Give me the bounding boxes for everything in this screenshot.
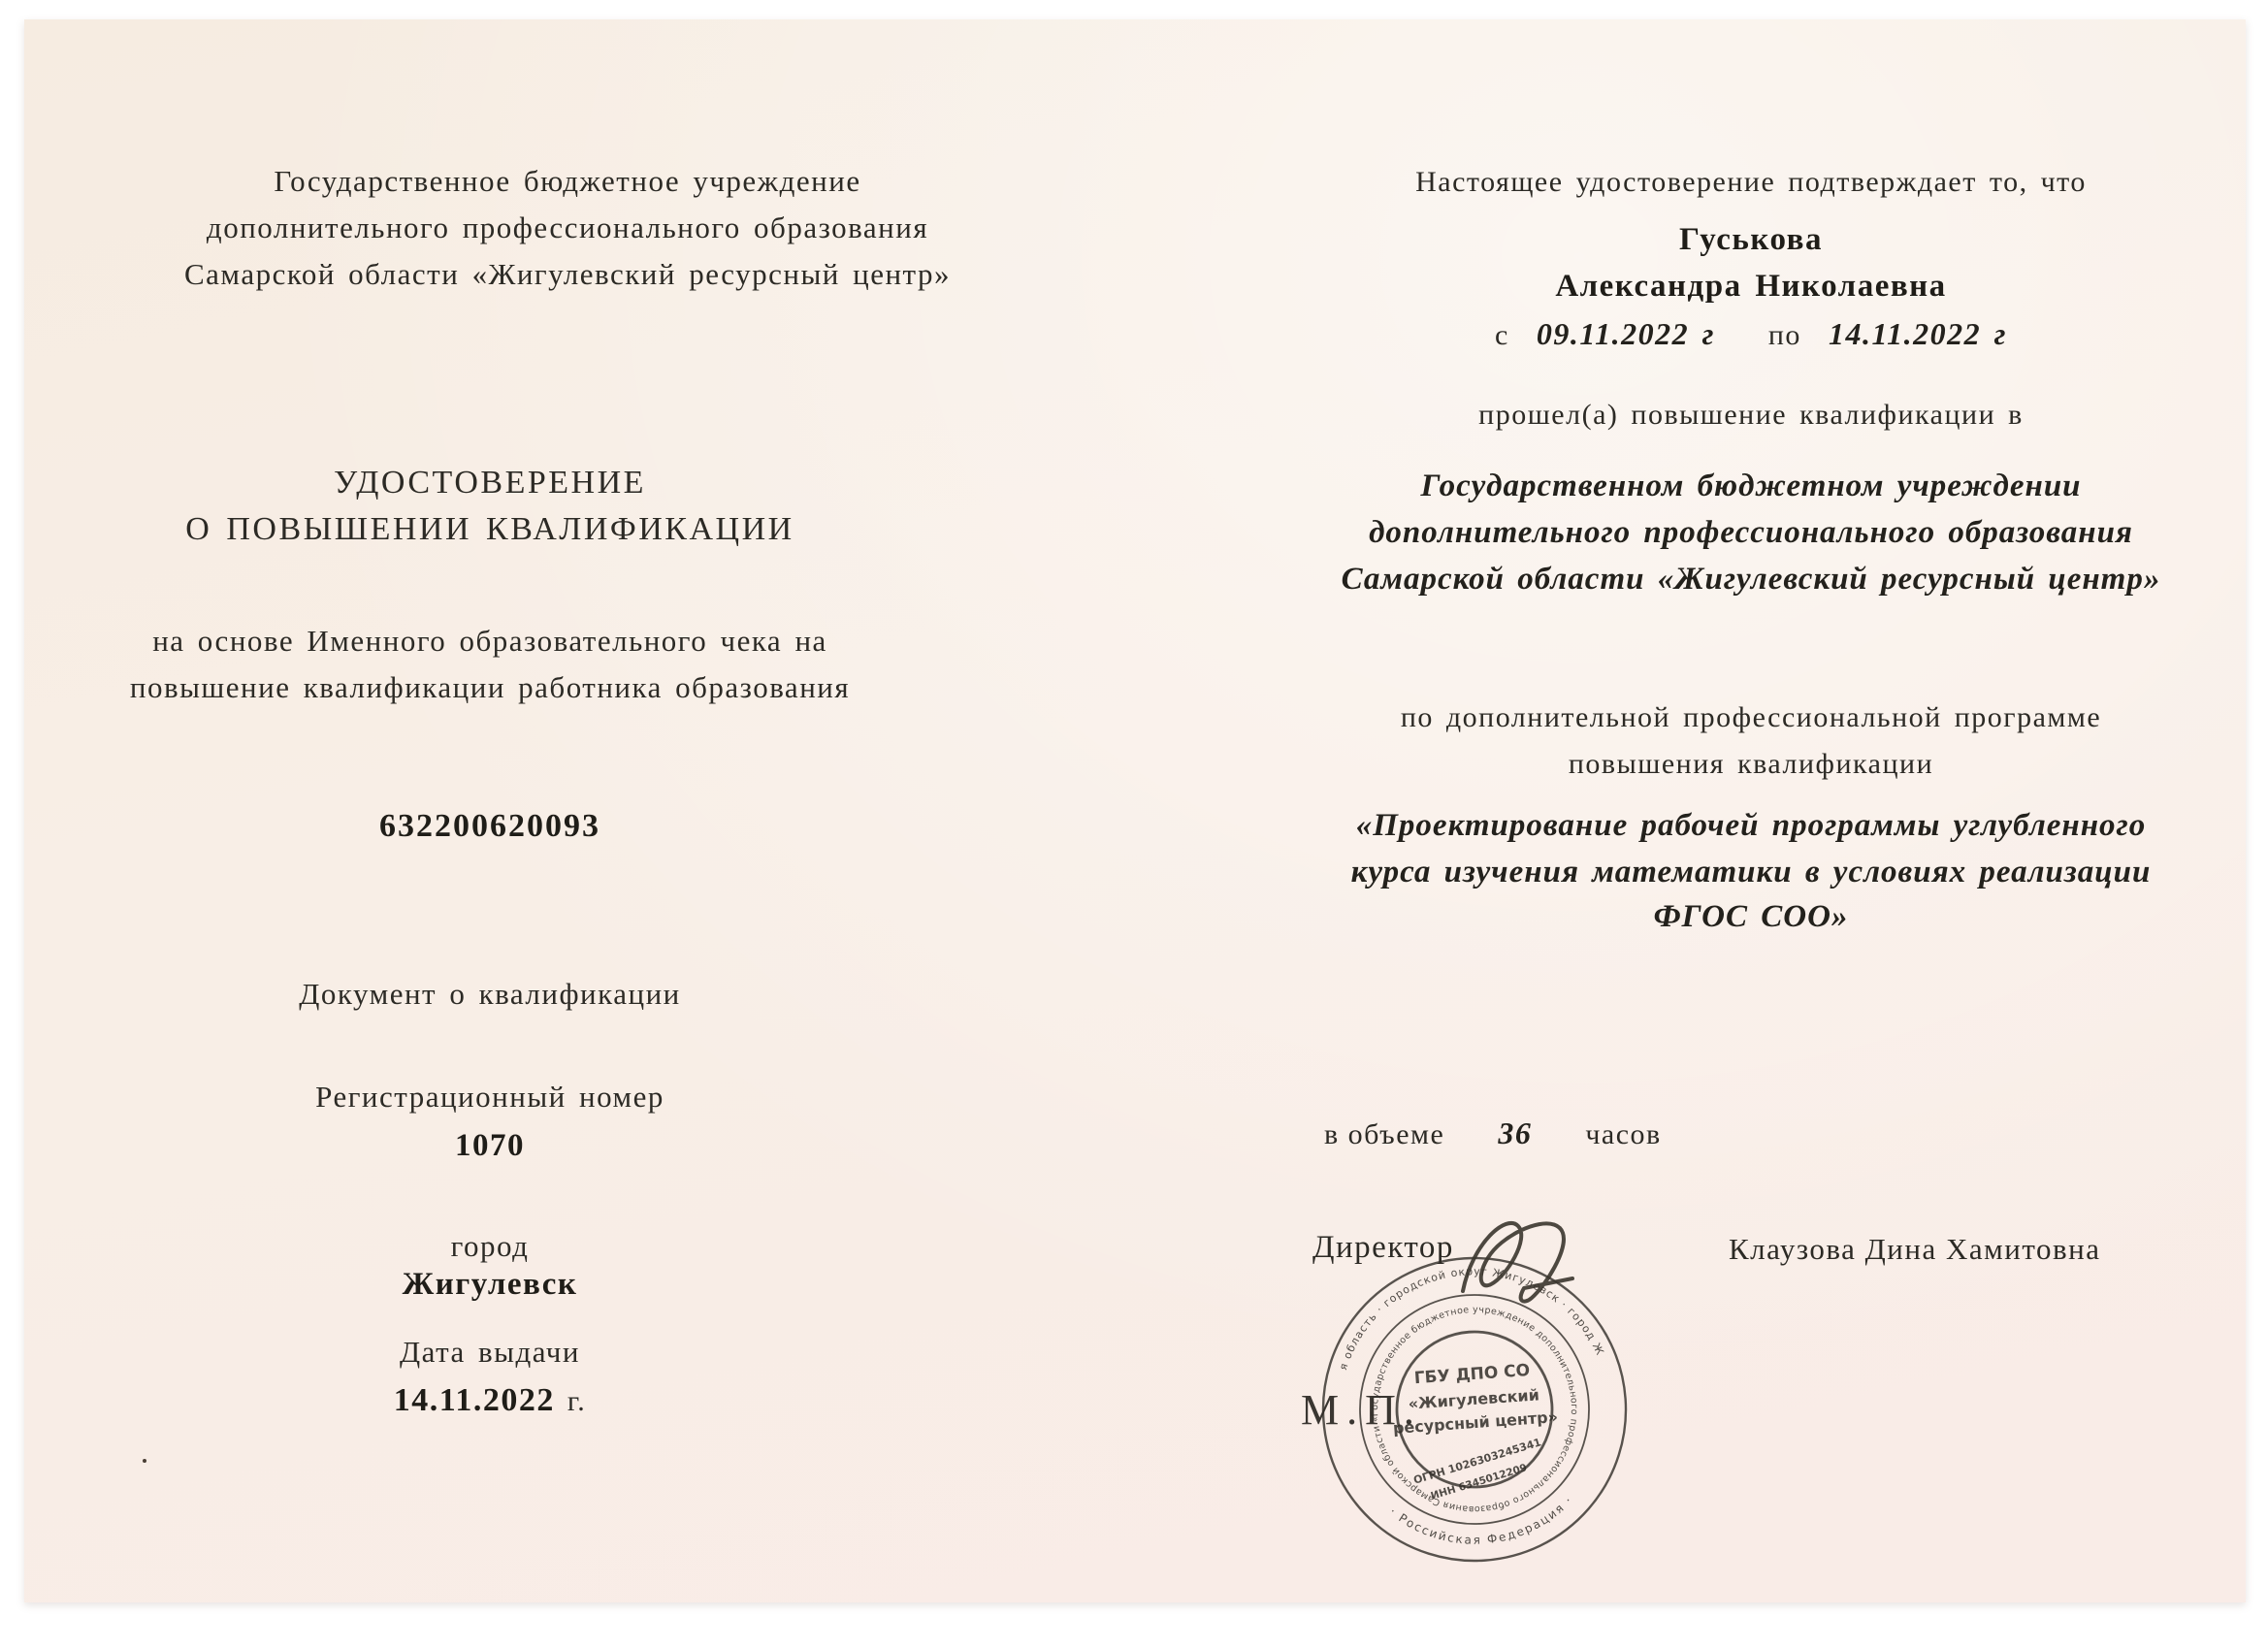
program-name-line: «Проектирование рабочей программы углубл… (1227, 807, 2268, 845)
ink-speck (143, 1459, 146, 1463)
scanned-certificate: Государственное бюджетное учреждение доп… (0, 0, 2268, 1649)
stamp-middle-circle (1352, 1287, 1597, 1532)
certificate-paper: Государственное бюджетное учреждение доп… (24, 19, 2246, 1602)
stamp-center-line: «Жигулевский (1408, 1385, 1539, 1412)
organization-line: Государственном бюджетном учреждении (1227, 468, 2268, 505)
basis-text-line: повышение квалификации работника образов… (82, 669, 897, 705)
stamp-center-line: ГБУ ДПО СО (1413, 1361, 1531, 1388)
period-to-date: 14.11.2022 г (1829, 316, 2007, 351)
training-period-line: с09.11.2022 гпо14.11.2022 г (1227, 316, 2268, 353)
volume-prefix: в объеме (1324, 1118, 1444, 1150)
program-name-line: ФГОС СОО» (1227, 898, 2268, 936)
director-name: Клаузова Дина Хамитовна (1729, 1232, 2100, 1267)
completed-text: прошел(а) повышение квалификации в (1227, 398, 2268, 433)
organization-line: дополнительного профессионального образо… (1227, 514, 2268, 552)
issue-date-line: 14.11.2022 г. (82, 1381, 897, 1420)
certificate-title: О ПОВЫШЕНИИ КВАЛИФИКАЦИИ (82, 510, 897, 549)
document-type-label: Документ о квалификации (82, 976, 897, 1012)
program-intro-line: по дополнительной профессиональной прогр… (1227, 700, 2268, 735)
stamp-outer-ring-bottom-text: · Российская Федерация · (1386, 1492, 1578, 1553)
holder-name-patronymic: Александра Николаевна (1227, 268, 2268, 306)
organization-line: Самарской области «Жигулевский ресурсный… (1227, 561, 2268, 598)
basis-text-line: на основе Именного образовательного чека… (82, 623, 897, 659)
issue-date-value: 14.11.2022 (394, 1382, 555, 1418)
institution-line: Самарской области «Жигулевский ресурсный… (78, 256, 1057, 292)
institution-line: Государственное бюджетное учреждение (78, 163, 1057, 199)
program-intro-line: повышения квалификации (1227, 747, 2268, 782)
registration-number-label: Регистрационный номер (82, 1079, 897, 1115)
program-name-line: курса изучения математики в условиях реа… (1227, 854, 2268, 891)
period-from-date: 09.11.2022 г (1537, 316, 1715, 351)
certificate-title: УДОСТОВЕРЕНИЕ (82, 464, 897, 502)
registration-number-value: 1070 (82, 1127, 897, 1165)
holder-surname: Гуськова (1227, 221, 2268, 259)
volume-hours: 36 (1498, 1115, 1532, 1150)
period-from-label: с (1495, 319, 1509, 351)
issue-date-suffix: г. (555, 1385, 586, 1417)
volume-line: в объеме36часов (1227, 1115, 2268, 1151)
issue-date-label: Дата выдачи (82, 1334, 897, 1370)
institution-line: дополнительного профессионального образо… (78, 210, 1057, 245)
confirmation-text: Настоящее удостоверение подтверждает то,… (1227, 165, 2268, 200)
city-label: город (82, 1228, 897, 1264)
serial-number: 632200620093 (82, 807, 897, 846)
volume-suffix: часов (1585, 1118, 1661, 1150)
period-to-label: по (1768, 319, 1801, 351)
director-signature (1448, 1209, 1633, 1315)
city-name: Жигулевск (82, 1266, 897, 1304)
